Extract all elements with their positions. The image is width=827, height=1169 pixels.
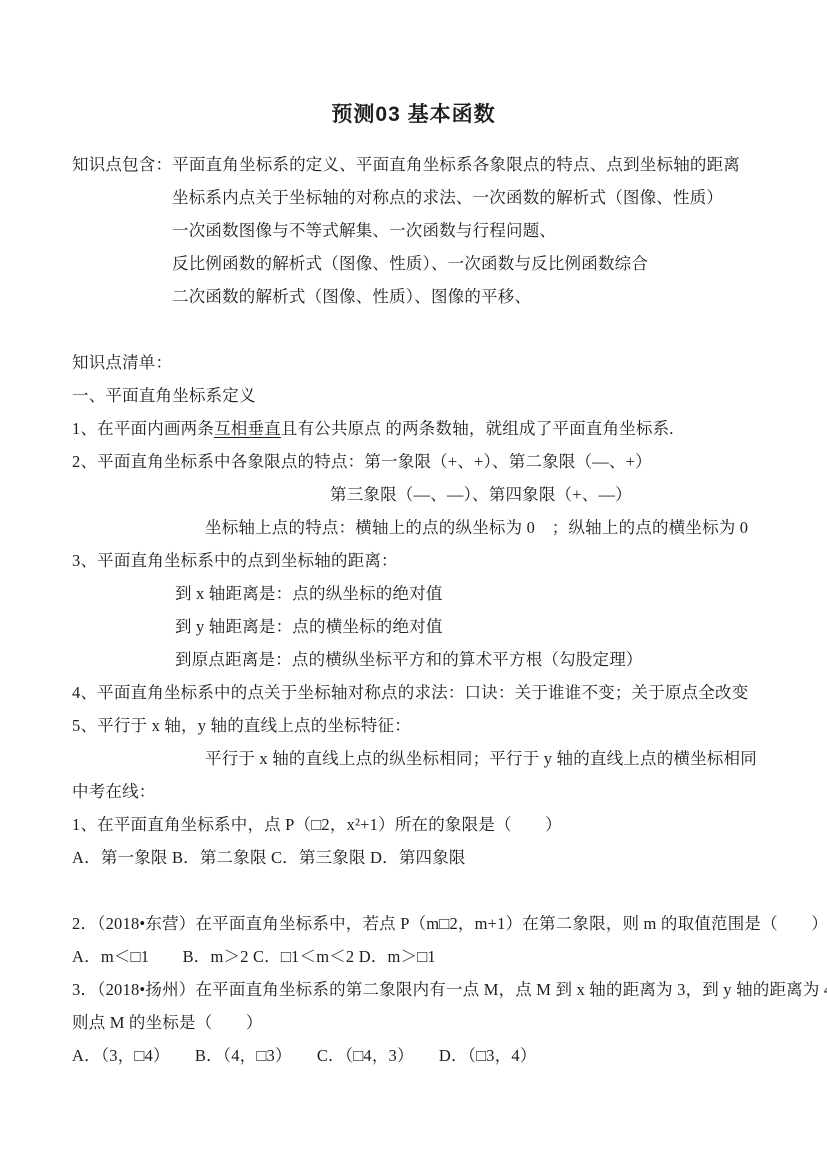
text-run: A．（3，□4） B．（4，□3） C．（□4，3） D．（□3，4） [72,1046,537,1065]
doc-line: 则点 M 的坐标是（ ） [72,1006,772,1039]
doc-line: 反比例函数的解析式（图像、性质）、一次函数与反比例函数综合 [72,247,772,280]
underlined-text: 互相垂直 [214,419,281,438]
text-run: 反比例函数的解析式（图像、性质）、一次函数与反比例函数综合 [172,254,648,273]
doc-line: 第三象限（—、—）、第四象限（+、—） [72,478,772,511]
doc-line: 坐标轴上点的特点：横轴上的点的纵坐标为 0 ；纵轴上的点的横坐标为 0 [72,511,772,544]
text-run: A．第一象限 B．第二象限 C．第三象限 D．第四象限 [72,848,466,867]
blank-line [72,874,772,907]
doc-line: 知识点包含：平面直角坐标系的定义、平面直角坐标系各象限点的特点、点到坐标轴的距离 [72,148,772,181]
doc-line: 中考在线： [72,775,772,808]
text-run: 知识点清单： [72,353,172,372]
doc-line: 3、平面直角坐标系中的点到坐标轴的距离： [72,544,772,577]
doc-line: 知识点清单： [72,346,772,379]
page-title: 预测03 基本函数 [0,101,827,129]
blank-line [72,313,772,346]
doc-line: 3．（2018•扬州）在平面直角坐标系的第二象限内有一点 M，点 M 到 x 轴… [72,973,772,1006]
text-run: 坐标系内点关于坐标轴的对称点的求法、一次函数的解析式（图像、性质） [172,188,723,207]
text-run: 2、平面直角坐标系中各象限点的特点：第一象限（+、+）、第二象限（—、+） [72,452,652,471]
doc-line: 2、平面直角坐标系中各象限点的特点：第一象限（+、+）、第二象限（—、+） [72,445,772,478]
doc-line: A．第一象限 B．第二象限 C．第三象限 D．第四象限 [72,841,772,874]
doc-line: 坐标系内点关于坐标轴的对称点的求法、一次函数的解析式（图像、性质） [72,181,772,214]
doc-line: A．m＜□1 B．m＞2 C．□1＜m＜2 D．m＞□1 [72,940,772,973]
text-run: 到原点距离是：点的横纵坐标平方和的算术平方根（勾股定理） [175,650,643,669]
text-run: 则点 M 的坐标是（ ） [72,1013,263,1032]
text-run: 且有公共原点 的两条数轴，就组成了平面直角坐标系. [281,419,674,438]
text-run: 到 y 轴距离是：点的横坐标的绝对值 [175,617,443,636]
doc-line: 到 y 轴距离是：点的横坐标的绝对值 [72,610,772,643]
text-run: A．m＜□1 B．m＞2 C．□1＜m＜2 D．m＞□1 [72,947,436,966]
text-run: 坐标轴上点的特点：横轴上的点的纵坐标为 0 ；纵轴上的点的横坐标为 0 [205,518,748,537]
doc-line: 5、平行于 x 轴，y 轴的直线上点的坐标特征： [72,709,772,742]
doc-line: 1、在平面直角坐标系中，点 P（□2，x²+1）所在的象限是（ ） [72,808,772,841]
text-run: 1、在平面内画两条 [72,419,214,438]
text-run: 一次函数图像与不等式解集、一次函数与行程问题、 [172,221,556,240]
doc-line: 4、平面直角坐标系中的点关于坐标轴对称点的求法：口诀：关于谁谁不变；关于原点全改… [72,676,772,709]
text-run: 平行于 x 轴的直线上点的纵坐标相同；平行于 y 轴的直线上点的横坐标相同 [205,749,757,768]
doc-line: 一、平面直角坐标系定义 [72,379,772,412]
doc-line: 二次函数的解析式（图像、性质）、图像的平移、 [72,280,772,313]
document-lines: 知识点包含：平面直角坐标系的定义、平面直角坐标系各象限点的特点、点到坐标轴的距离… [72,148,772,1072]
text-run: 第三象限（—、—）、第四象限（+、—） [330,485,632,504]
doc-line: 1、在平面内画两条互相垂直且有公共原点 的两条数轴，就组成了平面直角坐标系. [72,412,772,445]
text-run: 到 x 轴距离是：点的纵坐标的绝对值 [175,584,443,603]
document-page: 预测03 基本函数 知识点包含：平面直角坐标系的定义、平面直角坐标系各象限点的特… [0,0,827,1169]
text-run: 4、平面直角坐标系中的点关于坐标轴对称点的求法：口诀：关于谁谁不变；关于原点全改… [72,683,748,702]
doc-line: 一次函数图像与不等式解集、一次函数与行程问题、 [72,214,772,247]
text-run: 3、平面直角坐标系中的点到坐标轴的距离： [72,551,398,570]
text-run: 知识点包含：平面直角坐标系的定义、平面直角坐标系各象限点的特点、点到坐标轴的距离 [72,155,740,174]
doc-line: 到 x 轴距离是：点的纵坐标的绝对值 [72,577,772,610]
text-run: 3．（2018•扬州）在平面直角坐标系的第二象限内有一点 M，点 M 到 x 轴… [72,980,827,999]
text-run: 二次函数的解析式（图像、性质）、图像的平移、 [172,287,531,306]
text-run: 一、平面直角坐标系定义 [72,386,256,405]
text-run: 2．（2018•东营）在平面直角坐标系中，若点 P（m□2，m+1）在第二象限，… [72,914,827,933]
doc-line: A．（3，□4） B．（4，□3） C．（□4，3） D．（□3，4） [72,1039,772,1072]
text-run: 1、在平面直角坐标系中，点 P（□2，x²+1）所在的象限是（ ） [72,815,562,834]
doc-line: 平行于 x 轴的直线上点的纵坐标相同；平行于 y 轴的直线上点的横坐标相同 [72,742,772,775]
text-run: 中考在线： [72,782,156,801]
text-run: 5、平行于 x 轴，y 轴的直线上点的坐标特征： [72,716,411,735]
doc-line: 到原点距离是：点的横纵坐标平方和的算术平方根（勾股定理） [72,643,772,676]
doc-line: 2．（2018•东营）在平面直角坐标系中，若点 P（m□2，m+1）在第二象限，… [72,907,772,940]
